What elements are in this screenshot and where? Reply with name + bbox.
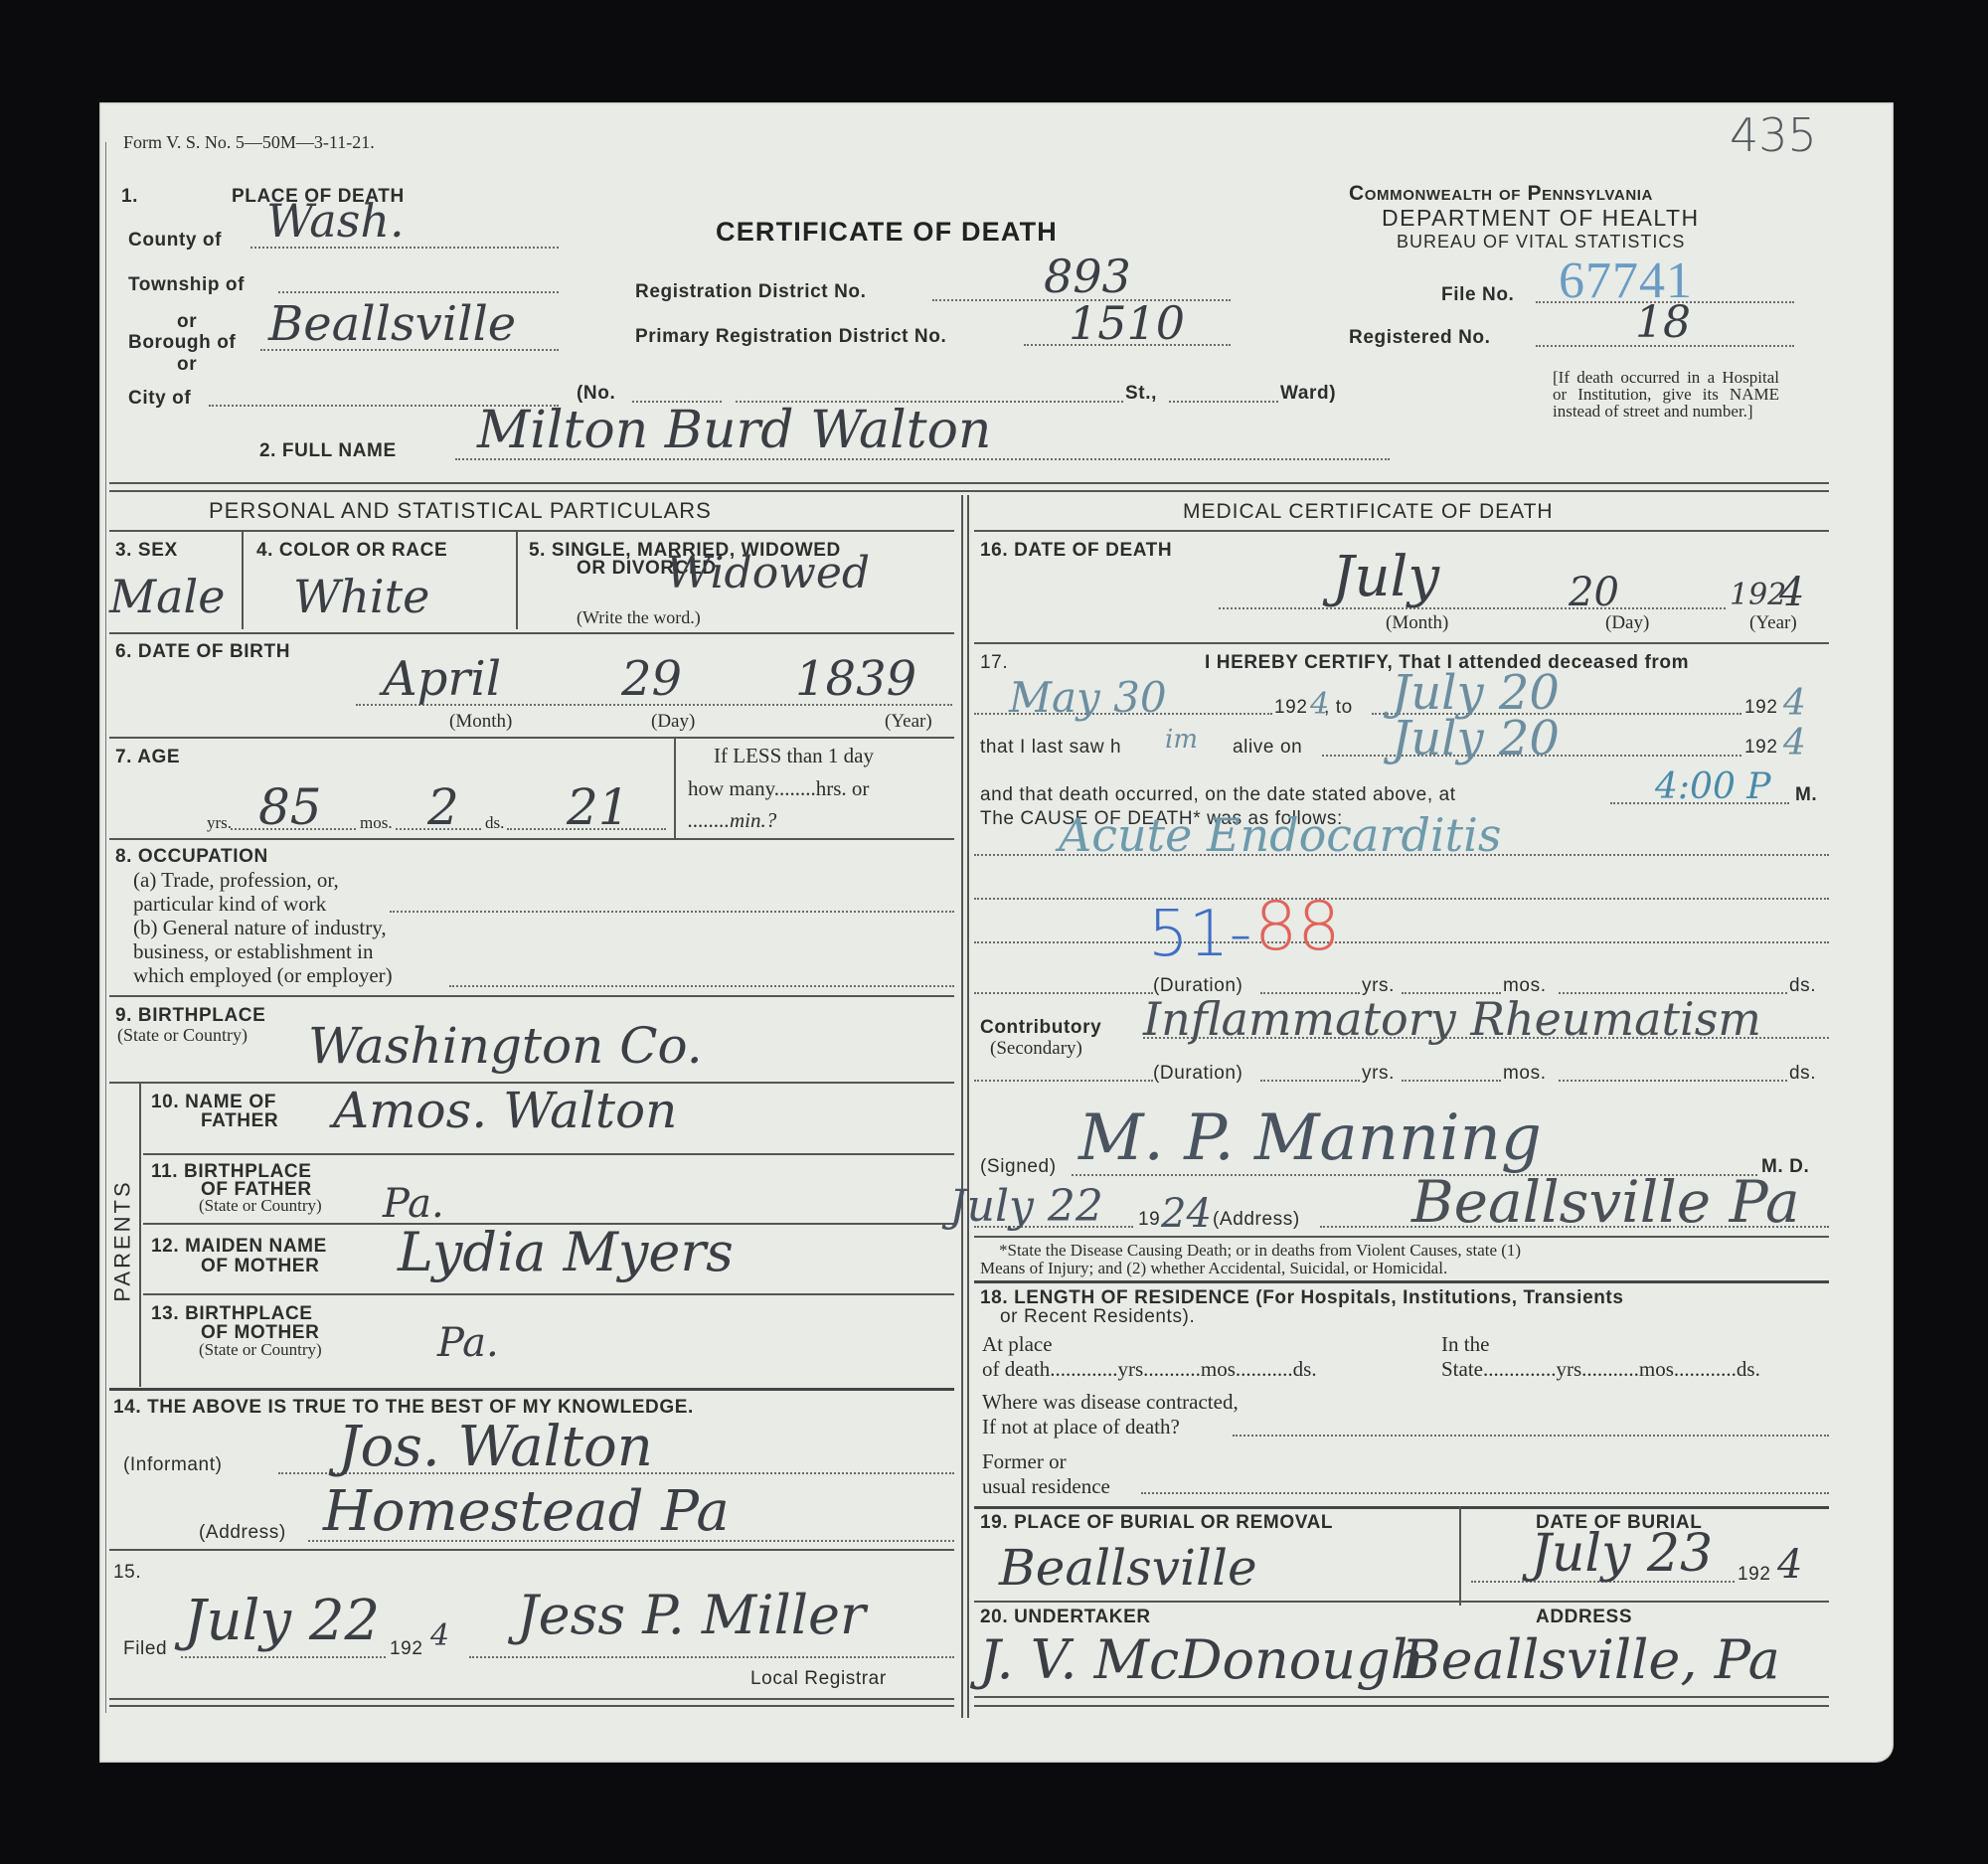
- filing-section-no: 15.: [113, 1562, 141, 1584]
- burial-year-suffix[interactable]: 4: [1777, 1542, 1802, 1588]
- rule-row-6: [109, 737, 954, 739]
- residence-label-2: or Recent Residents).: [1000, 1306, 1195, 1328]
- informant-label: (Informant): [123, 1454, 223, 1476]
- last-saw-label: that I last saw h: [980, 737, 1121, 759]
- parents-divider: [139, 1084, 141, 1387]
- burial-place-label: 19. PLACE OF BURIAL OR REMOVAL: [980, 1512, 1333, 1534]
- sign-date[interactable]: July 22: [949, 1181, 1103, 1232]
- cause-code-red: 88: [1254, 888, 1341, 966]
- at-place-label-2: of death.............yrs...........mos..…: [982, 1357, 1317, 1382]
- cause-code-blue: 51-: [1148, 898, 1252, 971]
- medical-heading: MEDICAL CERTIFICATE OF DEATH: [1183, 500, 1554, 524]
- rule-residence: [974, 1506, 1829, 1509]
- duration2-ds-label: ds.: [1789, 1063, 1816, 1085]
- dod-day[interactable]: 20: [1569, 570, 1619, 615]
- last-saw-pronoun[interactable]: im: [1165, 725, 1198, 755]
- cert-number: 17.: [980, 652, 1008, 674]
- father-bp-hint: (State or Country): [199, 1196, 322, 1216]
- marital-value[interactable]: Widowed: [666, 548, 870, 598]
- former-label-2: usual residence: [982, 1474, 1110, 1499]
- alive-on-label: alive on: [1233, 737, 1302, 759]
- dod-year-hint: (Year): [1749, 612, 1797, 634]
- primary-reg-district-label: Primary Registration District No.: [635, 326, 946, 348]
- rule-row-3: [109, 632, 954, 634]
- dod-month-hint: (Month): [1386, 612, 1448, 634]
- occ-b-line: [449, 985, 954, 987]
- registrar-signature[interactable]: Jess P. Miller: [517, 1584, 866, 1646]
- contracted-label-1: Where was disease contracted,: [982, 1390, 1239, 1415]
- sex-value[interactable]: Male: [109, 570, 225, 623]
- age-ds-label: ds.: [485, 813, 504, 833]
- rule-row-13: [109, 1388, 954, 1391]
- top-rule-2: [109, 490, 1829, 492]
- full-name-value[interactable]: Milton Burd Walton: [477, 401, 991, 460]
- former-label-1: Former or: [982, 1449, 1067, 1474]
- or-label: or: [177, 311, 197, 333]
- death-time-label: and that death occurred, on the date sta…: [980, 784, 1456, 806]
- sex-label: 3. SEX: [115, 540, 178, 562]
- dod-day-hint: (Day): [1605, 612, 1649, 634]
- street-label: St.,: [1125, 383, 1157, 405]
- rule-row-10: [143, 1153, 954, 1155]
- duration-pre-line: [974, 992, 1153, 994]
- rule-undertaker-2: [974, 1705, 1829, 1707]
- physician-signature[interactable]: M. P. Manning: [1078, 1101, 1542, 1175]
- duration2-label: (Duration): [1153, 1063, 1242, 1085]
- agency-department: DEPARTMENT OF HEALTH: [1382, 205, 1700, 232]
- mother-label-1: 12. MAIDEN NAME: [151, 1236, 327, 1258]
- rule-undertaker: [974, 1696, 1829, 1698]
- rule-footnote: [974, 1280, 1829, 1283]
- parents-label: PARENTS: [110, 1179, 136, 1301]
- borough-label: Borough of: [128, 332, 236, 354]
- last-saw-year-prefix: 192: [1744, 737, 1778, 759]
- hospital-note: [If death occurred in a Hospital or Inst…: [1553, 369, 1779, 420]
- attended-to-year-prefix: 192: [1744, 697, 1778, 719]
- less-than-day-2: how many........hrs. or: [688, 776, 869, 801]
- county-value[interactable]: Wash.: [266, 194, 405, 248]
- divider-sex: [242, 532, 244, 629]
- informant-address-label: (Address): [199, 1522, 286, 1544]
- occ-b-label-2: business, or establishment in: [133, 939, 373, 964]
- duration2-mos-label: mos.: [1503, 1063, 1547, 1085]
- contributory-label: Contributory: [980, 1017, 1101, 1039]
- sign-year-suffix[interactable]: 24: [1161, 1191, 1212, 1237]
- in-state-label-2: State..............yrs...........mos....…: [1441, 1357, 1760, 1382]
- section-1-number: 1.: [121, 186, 138, 208]
- burial-place[interactable]: Beallsville: [999, 1539, 1257, 1597]
- dob-year-hint: (Year): [885, 711, 932, 733]
- death-certificate-page: Form V. S. No. 5—50M—3-11-21. 435 1. PLA…: [99, 102, 1894, 1763]
- last-saw-year[interactable]: 4: [1783, 723, 1806, 763]
- cause-line-2: [974, 898, 1829, 900]
- age-mos-label: mos.: [360, 813, 393, 833]
- filed-year-prefix: 192: [390, 1638, 423, 1660]
- rule-row-14: [109, 1549, 954, 1551]
- burial-date[interactable]: July 23: [1531, 1524, 1713, 1584]
- city-label: City of: [128, 388, 191, 410]
- rule-row-15: [109, 1698, 954, 1700]
- filed-label: Filed: [123, 1638, 167, 1660]
- dod-year-suffix[interactable]: 4: [1779, 570, 1804, 615]
- rule-burial: [974, 1601, 1829, 1603]
- registered-no-label: Registered No.: [1349, 327, 1491, 349]
- dob-year[interactable]: 1839: [795, 651, 916, 707]
- mother-bp-hint: (State or Country): [199, 1340, 322, 1360]
- marital-hint: (Write the word.): [577, 607, 701, 628]
- dod-year-prefix: 192: [1730, 578, 1786, 612]
- dod-month[interactable]: July: [1332, 545, 1439, 609]
- death-time[interactable]: 4:00 P: [1655, 766, 1771, 807]
- rule-row-16: [974, 642, 1829, 644]
- reg-district-value[interactable]: 893: [1044, 250, 1131, 303]
- to-label: , to: [1324, 697, 1353, 719]
- agency-bureau: BUREAU OF VITAL STATISTICS: [1397, 232, 1685, 253]
- borough-value[interactable]: Beallsville: [268, 296, 516, 352]
- dob-month-hint: (Month): [449, 711, 512, 733]
- age-yrs-label: yrs.: [207, 813, 232, 833]
- physician-address-label: (Address): [1213, 1209, 1300, 1231]
- occ-b-label-1: (b) General nature of industry,: [133, 916, 387, 940]
- file-no-label: File No.: [1441, 284, 1514, 306]
- dob-day[interactable]: 29: [621, 651, 682, 707]
- father-value[interactable]: Amos. Walton: [333, 1082, 677, 1139]
- physician-address[interactable]: Beallsville Pa: [1411, 1168, 1800, 1236]
- divider-age: [674, 739, 676, 838]
- duration2-yrs-label: yrs.: [1362, 1063, 1395, 1085]
- contracted-line: [1233, 1435, 1829, 1437]
- form-number: Form V. S. No. 5—50M—3-11-21.: [123, 132, 375, 153]
- footnote-line-2: Means of Injury; and (2) whether Acciden…: [980, 1259, 1447, 1278]
- mother-label-2: OF MOTHER: [201, 1256, 319, 1277]
- last-saw-date[interactable]: July 20: [1392, 711, 1560, 766]
- ward-line: [1169, 401, 1278, 403]
- informant-address-value[interactable]: Homestead Pa: [323, 1479, 730, 1544]
- occ-b-label-3: which employed (or employer): [133, 963, 393, 988]
- undertaker-address-label: ADDRESS: [1536, 1607, 1632, 1628]
- attended-from-year-prefix: 192: [1274, 697, 1308, 719]
- age-mos-value[interactable]: 2: [427, 778, 459, 836]
- cause-line-3: [974, 941, 1829, 943]
- filed-date[interactable]: July 22: [184, 1589, 380, 1653]
- secondary-label: (Secondary): [990, 1038, 1082, 1060]
- registered-no-value[interactable]: 18: [1635, 297, 1691, 348]
- mother-value[interactable]: Lydia Myers: [398, 1221, 734, 1283]
- rule-medical: [974, 530, 1829, 532]
- birthplace-hint: (State or Country): [117, 1025, 248, 1046]
- age-ds-value[interactable]: 21: [567, 778, 630, 836]
- duration2-yrs-line: [1260, 1080, 1360, 1082]
- divider-race: [516, 532, 518, 629]
- or-label-2: or: [177, 354, 197, 376]
- former-line: [1141, 1492, 1829, 1494]
- duration2-ds-line: [1559, 1080, 1787, 1082]
- sign-year-prefix: 19: [1138, 1209, 1160, 1231]
- township-label: Township of: [128, 274, 245, 296]
- birthplace-value[interactable]: Washington Co.: [308, 1017, 703, 1075]
- footnote-line-1: *State the Disease Causing Death; or in …: [999, 1241, 1521, 1261]
- occ-a-line: [390, 911, 954, 913]
- informant-value[interactable]: Jos. Walton: [338, 1415, 653, 1479]
- duration2-pre-line: [974, 1080, 1153, 1082]
- filed-date-line: [181, 1656, 386, 1658]
- left-border: [105, 142, 106, 1713]
- divider-burial: [1459, 1506, 1461, 1606]
- undertaker-label: 20. UNDERTAKER: [980, 1607, 1151, 1628]
- contributory-value[interactable]: Inflammatory Rheumatism: [1143, 992, 1761, 1046]
- reg-district-label: Registration District No.: [635, 281, 866, 303]
- personal-heading: PERSONAL AND STATISTICAL PARTICULARS: [209, 498, 712, 524]
- signed-label: (Signed): [980, 1156, 1057, 1178]
- race-label: 4. COLOR OR RACE: [256, 540, 447, 562]
- dod-label: 16. DATE OF DEATH: [980, 540, 1172, 562]
- contracted-label-2: If not at place of death?: [982, 1415, 1180, 1440]
- death-time-m-label: M.: [1795, 784, 1817, 806]
- rule-row-8: [109, 995, 954, 997]
- age-label: 7. AGE: [115, 747, 180, 768]
- dod-line: [1219, 607, 1726, 609]
- agency-commonwealth: Commonwealth of Pennsylvania: [1349, 182, 1653, 206]
- duration-ds-label: ds.: [1789, 975, 1816, 997]
- rule-personal: [109, 530, 954, 532]
- center-divider-2: [967, 495, 969, 1718]
- registrar-label: Local Registrar: [750, 1668, 887, 1690]
- undertaker-address[interactable]: Beallsville, Pa: [1402, 1628, 1780, 1691]
- attended-to-year[interactable]: 4: [1783, 683, 1806, 724]
- rule-sign: [974, 1236, 1829, 1238]
- age-yrs-value[interactable]: 85: [258, 778, 322, 836]
- less-than-day-3: ........min.?: [688, 808, 776, 833]
- center-divider: [961, 495, 963, 1718]
- birthplace-label: 9. BIRTHPLACE: [115, 1005, 265, 1027]
- rule-row-15b: [109, 1705, 954, 1707]
- mother-bp-value[interactable]: Pa.: [437, 1320, 499, 1366]
- top-rule-1: [109, 482, 1829, 484]
- ward-label: Ward): [1280, 383, 1336, 405]
- primary-reg-district-value[interactable]: 1510: [1069, 296, 1185, 350]
- occ-a-label-1: (a) Trade, profession, or,: [133, 868, 339, 893]
- in-state-label-1: In the: [1441, 1332, 1489, 1357]
- less-than-day-1: If LESS than 1 day: [714, 744, 874, 768]
- occupation-label: 8. OCCUPATION: [115, 846, 268, 868]
- attended-from[interactable]: May 30: [1009, 673, 1167, 722]
- registrar-line: [469, 1656, 954, 1658]
- dob-label: 6. DATE OF BIRTH: [115, 641, 290, 663]
- cause-value[interactable]: Acute Endocarditis: [1059, 808, 1501, 862]
- page-number: 435: [1730, 108, 1817, 162]
- father-label-2: FATHER: [201, 1110, 278, 1132]
- full-name-label: 2. FULL NAME: [259, 440, 397, 462]
- burial-year-prefix: 192: [1738, 1564, 1771, 1586]
- at-place-label-1: At place: [982, 1332, 1053, 1357]
- county-label: County of: [128, 230, 222, 252]
- filed-year-suffix[interactable]: 4: [430, 1618, 449, 1653]
- rule-row-7: [109, 838, 954, 840]
- certificate-title: CERTIFICATE OF DEATH: [716, 217, 1058, 248]
- dob-month[interactable]: April: [383, 651, 501, 707]
- dob-day-hint: (Day): [651, 711, 695, 733]
- duration2-mos-line: [1402, 1080, 1501, 1082]
- occ-a-label-2: particular kind of work: [133, 892, 326, 917]
- township-line: [278, 291, 559, 293]
- undertaker-value[interactable]: J. V. McDonough: [979, 1628, 1424, 1691]
- rule-row-12: [143, 1293, 954, 1295]
- race-value[interactable]: White: [293, 570, 429, 623]
